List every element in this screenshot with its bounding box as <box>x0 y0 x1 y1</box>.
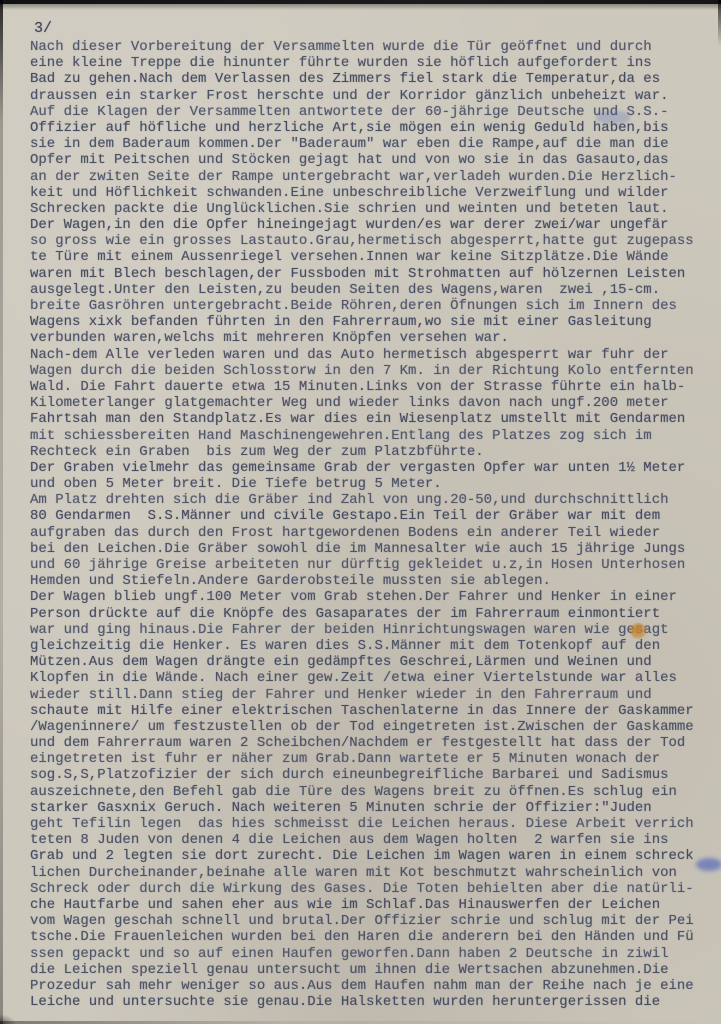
text-line-1: Nach dieser Vorbereitung der Versammelte… <box>30 39 714 55</box>
text-line-15: waren mit Blech beschlagen,der Fussboden… <box>30 266 714 282</box>
orange-stain <box>630 623 647 639</box>
scanned-document-page: 3/ Nach dieser Vorbereitung der Versamme… <box>0 0 721 1024</box>
text-line-51: Grab und 2 legten sie dort zurecht. Die … <box>30 848 714 864</box>
page-number: 3/ <box>34 20 52 37</box>
text-line-23: Kilometerlanger glatgemachter Weg und wi… <box>30 395 714 411</box>
text-line-18: Wagens xixk befanden führten in den Fahr… <box>30 314 714 330</box>
text-line-44: und dem Fahrerraum waren 2 Scheibchen/Na… <box>30 735 714 751</box>
text-line-22: Wald. Die Fahrt dauerte etwa 15 Minuten.… <box>30 379 714 395</box>
text-line-29: Am Platz drehten sich die Gräber ind Zah… <box>30 492 714 508</box>
text-line-52: lichen Durcheinander,beinahe alle waren … <box>30 865 714 881</box>
text-line-45: eingetreten ist fuhr er näher zum Grab.D… <box>30 751 714 767</box>
text-line-32: bei den Leichen.Die Gräber sowohl die im… <box>30 541 714 557</box>
text-line-2: eine kleine Treppe die hinunter führte w… <box>30 55 714 71</box>
text-line-58: die Leichen speziell genau untersucht um… <box>30 962 714 978</box>
text-line-12: Der Wagen,in den die Opfer hineingejagt … <box>30 217 714 233</box>
text-line-47: auszeichnete,den Befehl gab die Türe des… <box>30 784 714 800</box>
scan-edge-top-shadow <box>0 4 721 10</box>
text-line-56: tsche.Die Frauenleichen wurden bei den H… <box>30 929 714 945</box>
text-line-20: Nach-dem Alle verleden waren und das Aut… <box>30 347 714 363</box>
text-line-19: verbunden waren,welchs mit mehreren Knöp… <box>30 330 714 346</box>
text-line-28: und oben 5 Meter breit. Die Tiefe betrug… <box>30 476 714 492</box>
text-line-39: Mützen.Aus dem Wagen drängte ein gedämpf… <box>30 654 714 670</box>
text-line-17: breite Gasröhren untergebracht.Beide Röh… <box>30 298 714 314</box>
text-line-49: geht Tefilin legen das hies schmeisst di… <box>30 816 714 832</box>
text-line-60: Leiche und untersuchte sie genau.Die Hal… <box>30 994 714 1010</box>
text-line-21: Wagen durch die beiden Schlosstorw in de… <box>30 363 714 379</box>
text-line-34: Hemden und Stiefeln.Andere Garderobsteil… <box>30 573 714 589</box>
text-line-4: draussen ein starker Frost herschte und … <box>30 88 714 104</box>
text-line-10: keit und Höflichkeit schwanden.Eine unbe… <box>30 185 714 201</box>
ink-smudge-blue <box>596 111 630 124</box>
text-line-59: Prozedur sah mehr weniger so aus.Aus dem… <box>30 978 714 994</box>
text-line-26: Rechteck ein Graben bis zum Weg der zum … <box>30 444 714 460</box>
text-line-25: mit schiessbereiten Hand Maschinengewehr… <box>30 428 714 444</box>
scan-corner-bottom-left <box>0 1014 16 1024</box>
text-line-42: schaute mit Hilfe einer elektrischen Tas… <box>30 703 714 719</box>
text-line-33: und 60 jährige Greise arbeiteten nur dür… <box>30 557 714 573</box>
text-line-48: starker Gasxnix Geruch. Nach weiteren 5 … <box>30 800 714 816</box>
text-line-50: teten 8 Juden von denen 4 die Leichen au… <box>30 832 714 848</box>
text-line-3: Bad zu gehen.Nach dem Verlassen des Zimm… <box>30 71 714 87</box>
text-line-16: ausgelegt.Unter den Leisten,zu beuden Se… <box>30 282 714 298</box>
text-line-13: so gross wie ein grosses Lastauto.Grau,h… <box>30 233 714 249</box>
document-text: Nach dieser Vorbereitung der Versammelte… <box>30 39 714 1010</box>
text-line-35: Der Wagen blieb ungf.100 Meter vom Grab … <box>30 589 714 605</box>
text-line-40: Klopfen in die Wände. Nach einer gew.Zei… <box>30 670 714 686</box>
text-line-38: gleichzeitig die Henker. Es waren dies S… <box>30 638 714 654</box>
text-line-27: Der Graben vielmehr das gemeinsame Grab … <box>30 460 714 476</box>
text-line-36: Person drückte auf die Knöpfe des Gasapa… <box>30 606 714 622</box>
text-line-37: war und ging hinaus.Die Fahrer der beide… <box>30 622 714 638</box>
text-line-8: Opfer mit Peitschen und Stöcken gejagt h… <box>30 152 714 168</box>
text-line-24: Fahrtsah man den Standplatz.Es war dies … <box>30 411 714 427</box>
text-line-43: /Wageninnere/ um festzustellen ob der To… <box>30 719 714 735</box>
ink-smudge-blue-edge <box>696 858 721 871</box>
text-line-7: sie in dem Baderaum kommen.Der "Baderaum… <box>30 136 714 152</box>
text-line-41: wieder still.Dann stieg der Fahrer und H… <box>30 687 714 703</box>
text-line-46: sog.S,S,Platzofizier der sich durch eine… <box>30 767 714 783</box>
text-line-54: che Hautfarbe und sahen eher aus wie im … <box>30 897 714 913</box>
text-line-9: an der zwiten Seite der Rampe untergebra… <box>30 169 714 185</box>
text-line-14: te Türe mit einem Aussenriegel versehen.… <box>30 249 714 265</box>
text-line-57: ssen gepackt und so auf einen Haufen gew… <box>30 946 714 962</box>
text-line-31: aufgraben das durch den Frost hartgeword… <box>30 525 714 541</box>
text-line-11: Schrecken packte die Unglücklichen.Sie s… <box>30 201 714 217</box>
text-line-30: 80 Gendarmen S.S.Männer und civile Gesta… <box>30 508 714 524</box>
text-line-55: vom Wagen geschah schnell und brutal.Der… <box>30 913 714 929</box>
text-line-53: Schreck oder durch die Wirkung des Gases… <box>30 881 714 897</box>
scan-edge-left <box>0 0 3 1024</box>
